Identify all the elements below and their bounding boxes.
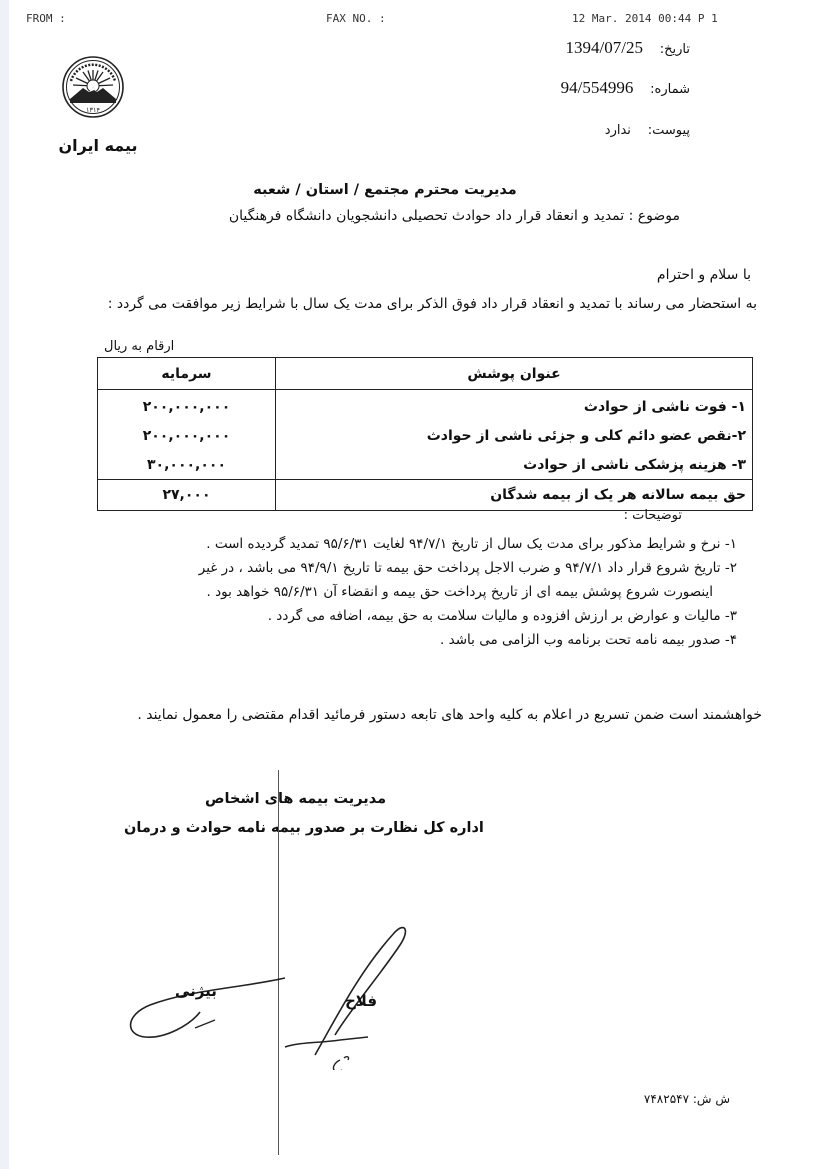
table-body-row: ۱- فوت ناشی از حوادث ۲-نقص عضو دائم کلی … — [98, 390, 753, 480]
signer-right-name: فلاح — [345, 992, 377, 1010]
attachment-label: پیوست: — [648, 123, 690, 138]
subject-line: موضوع : تمدید و انعقاد قرار داد حوادث تح… — [160, 208, 680, 224]
coverage-table: عنوان پوشش سرمایه ۱- فوت ناشی از حوادث ۲… — [97, 357, 753, 511]
total-label: حق بیمه سالانه هر یک از بیمه شدگان — [276, 480, 753, 511]
capital-value: ۳۰,۰۰۰,۰۰۰ — [104, 450, 269, 479]
capital-list: ۲۰۰,۰۰۰,۰۰۰ ۲۰۰,۰۰۰,۰۰۰ ۳۰,۰۰۰,۰۰۰ — [98, 390, 276, 480]
number-value: 94/554996 — [561, 78, 634, 97]
signatory-department: مدیریت بیمه های اشخاص — [205, 791, 386, 807]
signature-right-icon — [280, 910, 420, 1070]
header-coverage: عنوان پوشش — [276, 358, 753, 390]
closing-paragraph: خواهشمند است ضمن تسریع در اعلام به کلیه … — [97, 702, 762, 728]
table-header-row: عنوان پوشش سرمایه — [98, 358, 753, 390]
note-item: ۲- تاریخ شروع قرار داد ۹۴/۷/۱ و ضرب الاج… — [97, 556, 737, 580]
note-item: ۳- مالیات و عوارض بر ارزش افزوده و مالیا… — [97, 604, 737, 628]
reference-number: ش ش: ۷۴۸۲۵۴۷ — [644, 1092, 730, 1106]
letter-attachment: پیوست: ندارد — [605, 120, 690, 138]
greeting: با سلام و احترام — [657, 267, 751, 283]
date-label: تاریخ: — [660, 42, 690, 57]
coverage-item: ۲-نقص عضو دائم کلی و جزئی ناشی از حوادث — [282, 421, 746, 450]
header-capital: سرمایه — [98, 358, 276, 390]
letter-number: شماره: 94/554996 — [561, 78, 690, 98]
coverage-list: ۱- فوت ناشی از حوادث ۲-نقص عضو دائم کلی … — [276, 390, 753, 480]
signer-left-name: بیژنی — [175, 982, 217, 1000]
notes-title: توضیحات : — [624, 508, 682, 523]
fax-timestamp: 12 Mar. 2014 00:44 P 1 — [572, 12, 718, 25]
company-name: بیمه ایران — [58, 136, 138, 155]
coverage-item: ۱- فوت ناشی از حوادث — [282, 392, 746, 421]
notes-list: ۱- نرخ و شرایط مذکور برای مدت یک سال از … — [97, 532, 737, 652]
date-value: 1394/07/25 — [566, 38, 643, 57]
fax-header: FROM : FAX NO. : 12 Mar. 2014 00:44 P 1 — [26, 12, 826, 28]
fax-from-label: FROM : — [26, 12, 66, 25]
note-item: ۱- نرخ و شرایط مذکور برای مدت یک سال از … — [97, 532, 737, 556]
coverage-item: ۳- هزینه پزشکی ناشی از حوادث — [282, 450, 746, 479]
capital-value: ۲۰۰,۰۰۰,۰۰۰ — [104, 421, 269, 450]
bimeh-iran-emblem-icon: ۱۳۱۴ — [61, 55, 125, 119]
table-total-row: حق بیمه سالانه هر یک از بیمه شدگان ۲۷,۰۰… — [98, 480, 753, 511]
note-item-continuation: اینصورت شروع پوشش بیمه ای از تاریخ پرداخ… — [97, 580, 737, 604]
letter-date: تاریخ: 1394/07/25 — [566, 38, 690, 58]
currency-unit-note: ارقام به ریال — [104, 339, 174, 354]
signatory-office: اداره کل نظارت بر صدور بیمه نامه حوادث و… — [124, 820, 484, 836]
addressee: مدیریت محترم مجتمع / استان / شعبه — [160, 182, 610, 198]
number-label: شماره: — [650, 82, 690, 97]
note-item: ۴- صدور بیمه نامه تحت برنامه وب الزامی م… — [97, 628, 737, 652]
capital-value: ۲۰۰,۰۰۰,۰۰۰ — [104, 392, 269, 421]
intro-paragraph: به استحضار می رساند با تمدید و انعقاد قر… — [97, 292, 757, 316]
attachment-value: ندارد — [605, 123, 631, 138]
total-value: ۲۷,۰۰۰ — [98, 480, 276, 511]
fax-number-label: FAX NO. : — [326, 12, 386, 25]
scan-left-edge — [0, 0, 9, 1169]
svg-text:۱۳۱۴: ۱۳۱۴ — [86, 106, 100, 114]
